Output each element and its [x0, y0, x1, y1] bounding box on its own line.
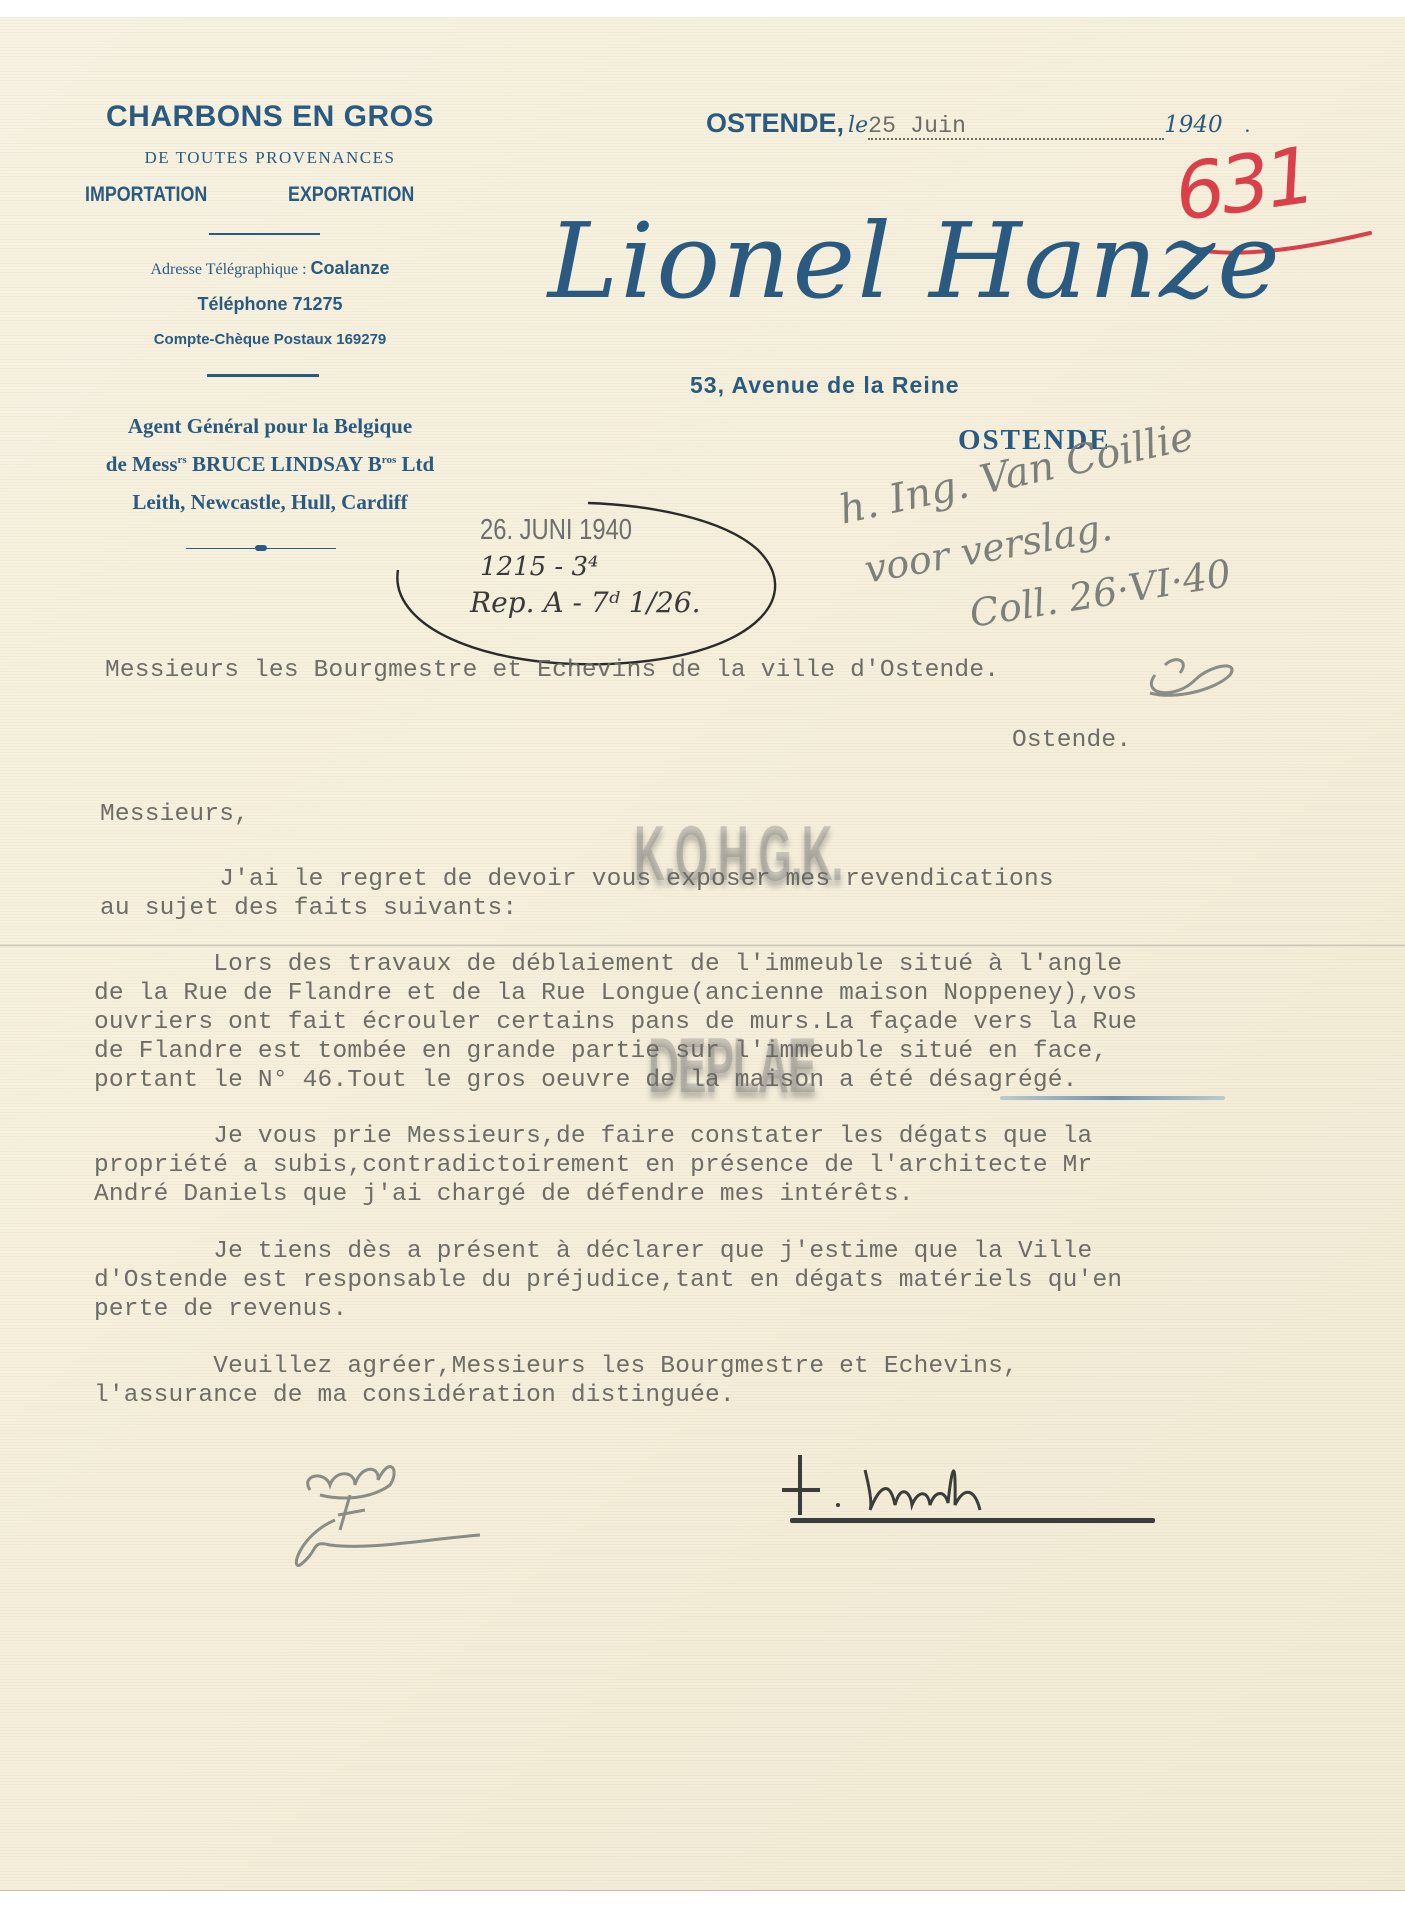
watermark-bottom: DEPLAE: [648, 1020, 815, 1111]
agent-main: BRUCE LINDSAY B: [187, 452, 382, 476]
paragraph-line: J'ai le regret de devoir vous exposer me…: [100, 865, 1054, 894]
agent-sup-2: ros: [382, 454, 396, 466]
paragraph-4: Je tiens dès a présent à déclarer que j'…: [94, 1237, 1122, 1324]
paragraph-line: André Daniels que j'ai chargé de défendr…: [94, 1180, 1092, 1209]
date-line: OSTENDE, le25 Juin1940 .: [706, 108, 1250, 140]
blue-pencil-underline: [1000, 1096, 1225, 1100]
recipient-line: Messieurs les Bourgmestre et Echevins de…: [105, 656, 999, 685]
paragraph-line: l'assurance de ma considération distingu…: [94, 1381, 1018, 1410]
place-label: OSTENDE,: [706, 108, 844, 138]
letterhead-divider-2: [207, 374, 319, 377]
recipient-city: Ostende.: [1012, 726, 1131, 755]
pencil-initials-scribble: [1135, 645, 1245, 705]
paragraph-line: perte de revenus.: [94, 1295, 1122, 1324]
paragraph-line: ouvriers ont fait écrouler certains pans…: [94, 1008, 1137, 1037]
paper-fold-crease: [0, 944, 1405, 947]
receipt-stamp-date: 26. JUNI 1940: [480, 514, 632, 547]
date-typed: 25 Juin: [868, 114, 1164, 140]
company-name-script: Lionel Hanze: [548, 200, 1282, 322]
letterhead-exportation: EXPORTATION: [288, 183, 414, 207]
paragraph-line: portant le N° 46.Tout le gros oeuvre de …: [94, 1066, 1137, 1095]
le-label: le: [848, 113, 868, 138]
stamp-handwritten-reference: Rep. A - 7ᵈ 1/26.: [470, 586, 701, 619]
paragraph-line: au sujet des faits suivants:: [100, 894, 1054, 923]
paragraph-line: de Flandre est tombée en grande partie s…: [94, 1037, 1137, 1066]
company-address: 53, Avenue de la Reine: [690, 372, 960, 399]
paragraph-line: Veuillez agréer,Messieurs les Bourgmestr…: [94, 1352, 1018, 1381]
telegraph-label: Adresse Télégraphique :: [150, 261, 306, 278]
letterhead-postal-account: Compte-Chèque Postaux 169279: [40, 331, 500, 348]
letterhead-subtitle: DE TOUTES PROVENANCES: [40, 148, 500, 168]
letterhead-title: CHARBONS EN GROS: [40, 100, 500, 134]
paragraph-line: de la Rue de Flandre et de la Rue Longue…: [94, 979, 1137, 1008]
letterhead-telephone: Téléphone 71275: [40, 294, 500, 315]
telegraph-value: Coalanze: [311, 258, 390, 278]
paragraph-3: Je vous prie Messieurs,de faire constate…: [94, 1122, 1092, 1209]
ornament-dot: [255, 545, 267, 551]
stamp-handwritten-number: 1215 - 3⁴: [480, 552, 598, 582]
year-prefix: 194: [1164, 112, 1208, 138]
paragraph-line: Je vous prie Messieurs,de faire constate…: [94, 1122, 1092, 1151]
initials-paraph: [280, 1445, 490, 1575]
signature-underline: [790, 1518, 1155, 1523]
agent-prefix: de Mess: [106, 452, 178, 476]
paragraph-2: Lors des travaux de déblaiement de l'imm…: [94, 950, 1137, 1095]
letterhead-divider: [209, 233, 320, 235]
letterhead-importation: IMPORTATION: [85, 183, 207, 207]
paragraph-5-closing: Veuillez agréer,Messieurs les Bourgmestr…: [94, 1352, 1018, 1410]
paragraph-1: J'ai le regret de devoir vous exposer me…: [100, 865, 1054, 923]
paragraph-line: Je tiens dès a présent à déclarer que j'…: [94, 1237, 1122, 1266]
year-hand: 0: [1208, 112, 1223, 138]
watermark-top: K.O.H.G.K.: [634, 808, 842, 899]
agent-suffix: Ltd: [396, 452, 434, 476]
agent-line-1: Agent Général pour la Belgique: [40, 414, 500, 439]
paragraph-line: propriété a subis,contradictoirement en …: [94, 1151, 1092, 1180]
letterhead-telegraph: Adresse Télégraphique : Coalanze: [40, 258, 500, 279]
agent-line-2: de Messrs BRUCE LINDSAY Bros Ltd: [40, 452, 500, 477]
paragraph-line: Lors des travaux de déblaiement de l'imm…: [94, 950, 1137, 979]
salutation: Messieurs,: [100, 800, 249, 829]
agent-sup-1: rs: [178, 454, 187, 466]
paragraph-line: d'Ostende est responsable du préjudice,t…: [94, 1266, 1122, 1295]
